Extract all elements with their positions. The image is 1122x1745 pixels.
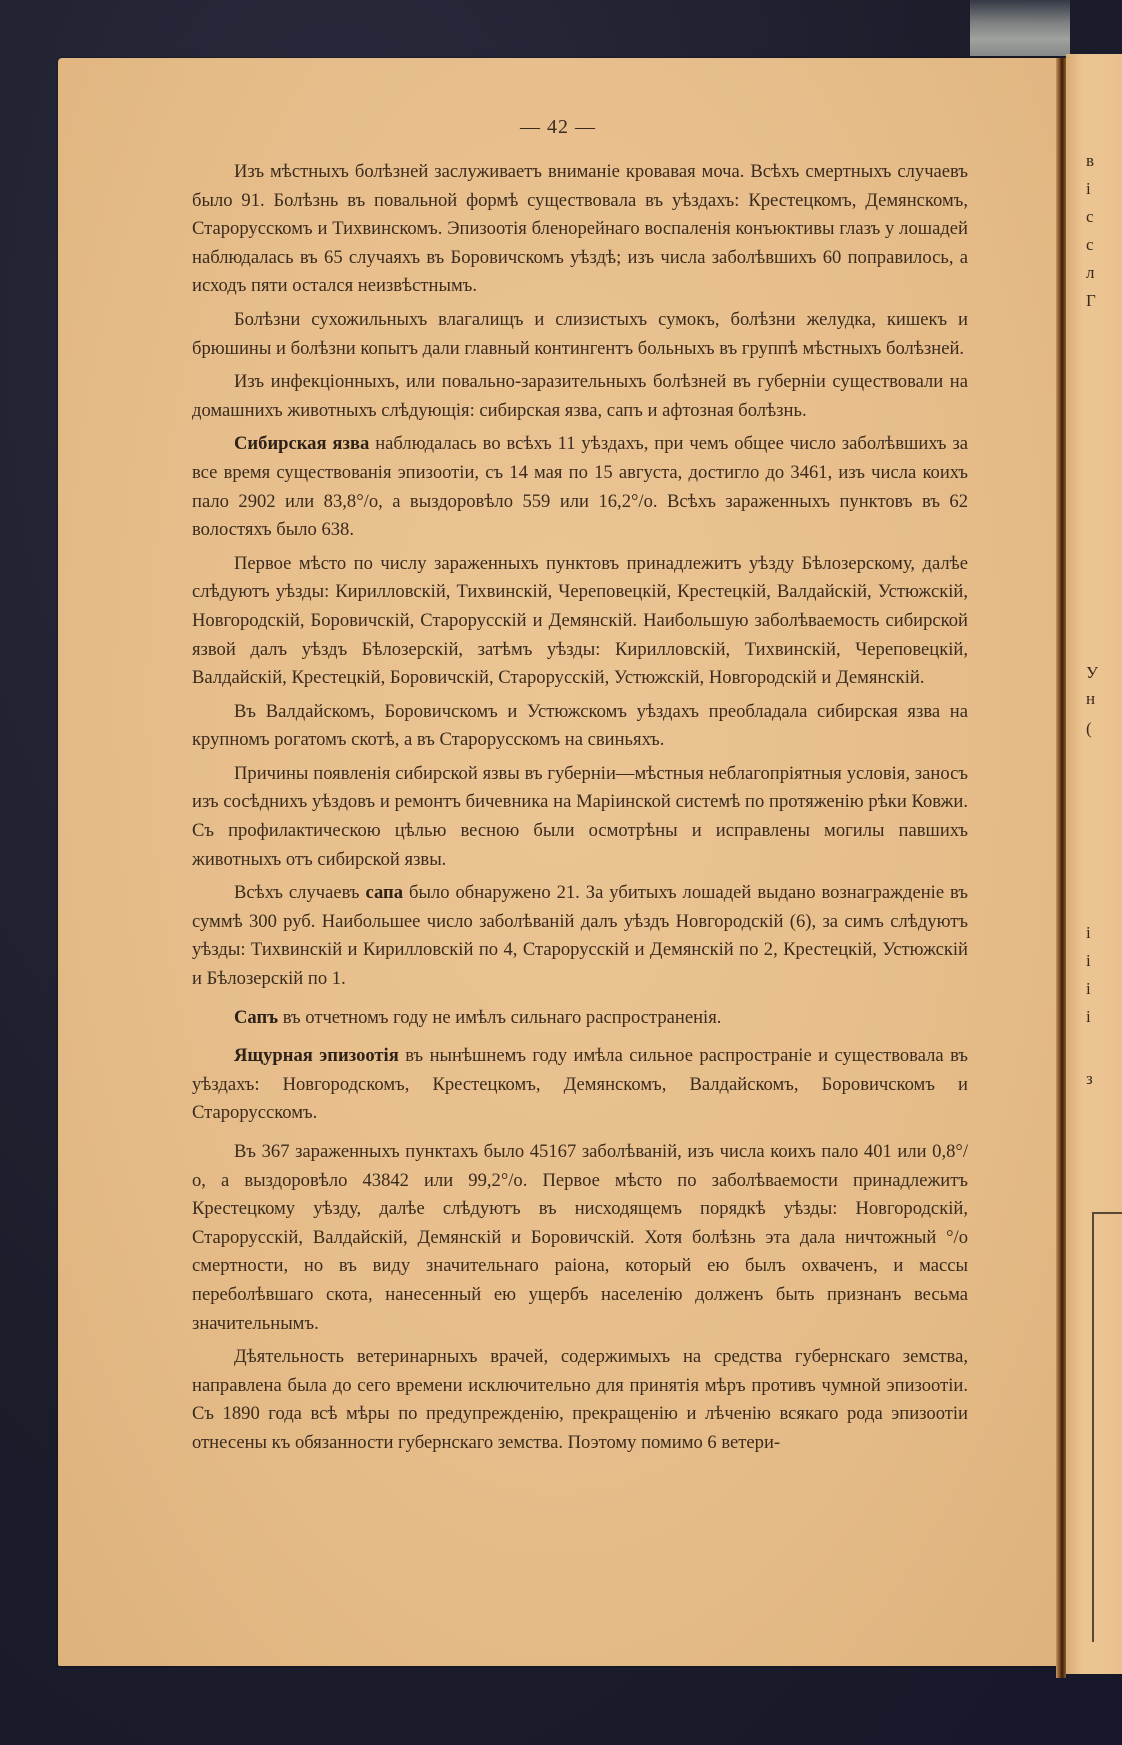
paragraph-text: Всѣхъ случаевъ (234, 882, 365, 903)
bold-term: Сибирская язва (234, 433, 369, 454)
bold-term: сапа (365, 882, 403, 903)
paragraph-anthrax-causes: Причины появленія сибирской язвы въ губе… (192, 760, 968, 874)
paragraph-anthrax-cattle: Въ Валдайскомъ, Боровичскомъ и Устюжском… (192, 698, 968, 755)
paragraph-fmd-intro: Ящурная эпизоотія въ нынѣшнемъ году имѣл… (192, 1042, 968, 1128)
adjacent-page-text-fragment: н (1086, 690, 1095, 707)
adjacent-page-text-fragment: с (1086, 236, 1094, 253)
adjacent-page-text-fragment: Г (1086, 292, 1096, 309)
paragraph-anthrax-districts: Первое мѣсто по числу зараженныхъ пункто… (192, 550, 968, 693)
paragraph-text: Въ 367 зараженныхъ пунктахъ было 45167 з… (192, 1141, 968, 1334)
paragraph-text: Болѣзни сухожильныхъ влагалищъ и слизист… (192, 309, 968, 359)
adjacent-page-text-fragment: ( (1086, 720, 1092, 737)
adjacent-page-text-fragment: л (1086, 264, 1094, 281)
paragraph-local-diseases: Изъ мѣстныхъ болѣзней заслуживаетъ внима… (192, 158, 968, 301)
paragraph-text: Дѣятельность ветеринарныхъ врачей, содер… (192, 1346, 968, 1453)
adjacent-page-rule (1092, 1212, 1094, 1642)
paragraph-infectious-diseases: Изъ инфекціонныхъ, или повально-заразите… (192, 368, 968, 425)
paragraph-text: въ отчетномъ году не имѣлъ сильнаго расп… (278, 1007, 721, 1028)
adjacent-page-text-fragment: і (1086, 1008, 1091, 1025)
adjacent-page-text-fragment: з (1086, 1070, 1093, 1087)
paragraph-fmd-stats: Въ 367 зараженныхъ пунктахъ было 45167 з… (192, 1138, 968, 1338)
paragraph-text: Изъ инфекціонныхъ, или повально-заразите… (192, 371, 968, 421)
adjacent-page-text-fragment: і (1086, 980, 1091, 997)
adjacent-page-rule-top (1092, 1212, 1122, 1214)
book-page: — 42 — Изъ мѣстныхъ болѣзней заслуживает… (58, 58, 1058, 1666)
paragraph-glanders-summary: Сапъ въ отчетномъ году не имѣлъ сильнаго… (192, 1004, 968, 1033)
adjacent-page-text-fragment: У (1086, 664, 1098, 681)
adjacent-page-edge: вісслГУн(ііііз (1066, 54, 1122, 1674)
paragraph-text: Первое мѣсто по числу зараженныхъ пункто… (192, 553, 968, 688)
adjacent-page-text-fragment: і (1086, 924, 1091, 941)
paragraph-anthrax-stats: Сибирская язва наблюдалась во всѣхъ 11 у… (192, 430, 968, 544)
bold-term: Сапъ (234, 1007, 278, 1028)
adjacent-page-text-fragment: і (1086, 952, 1091, 969)
paragraph-tendon-diseases: Болѣзни сухожильныхъ влагалищъ и слизист… (192, 306, 968, 363)
page-number: — 42 — (58, 116, 1058, 139)
body-text: Изъ мѣстныхъ болѣзней заслуживаетъ внима… (192, 158, 968, 1463)
book-spine-gutter (1056, 58, 1066, 1678)
paragraph-text: Причины появленія сибирской язвы въ губе… (192, 763, 968, 870)
paragraph-text: Изъ мѣстныхъ болѣзней заслуживаетъ внима… (192, 161, 968, 296)
paragraph-text: Въ Валдайскомъ, Боровичскомъ и Устюжском… (192, 701, 968, 751)
adjacent-page-text-fragment: і (1086, 180, 1091, 197)
paragraph-vet-activity: Дѣятельность ветеринарныхъ врачей, содер… (192, 1343, 968, 1457)
paragraph-glanders-stats: Всѣхъ случаевъ сапа было обнаружено 21. … (192, 879, 968, 993)
cloth-bookmark (970, 0, 1070, 56)
bold-term: Ящурная эпизоотія (234, 1045, 399, 1066)
adjacent-page-text-fragment: с (1086, 208, 1094, 225)
adjacent-page-text-fragment: в (1086, 152, 1094, 169)
